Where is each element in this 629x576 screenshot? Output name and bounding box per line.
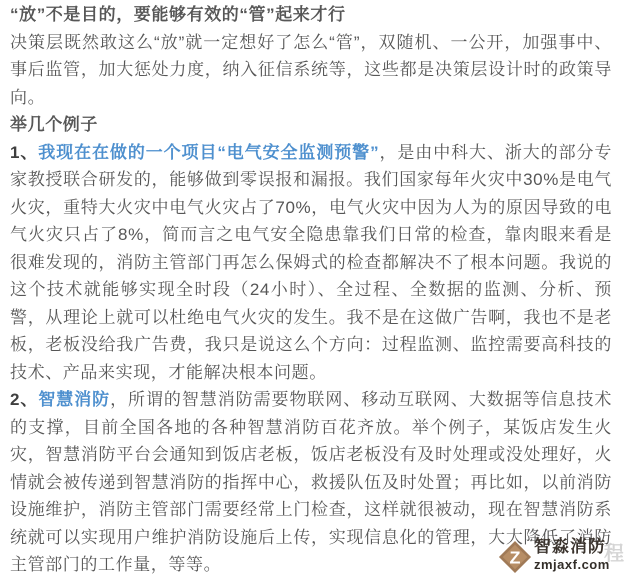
- example-item-1: 1、我现在在做的一个项目“电气安全监测预警”，是由中科大、浙大的部分专家教授联合…: [10, 139, 612, 387]
- item-1-text: ，是由中科大、浙大的部分专家教授联合研发的，能够做到零误报和漏报。我们国家每年火…: [10, 143, 612, 382]
- article-page: “放”不是目的，要能够有效的“管”起来才行 决策层既然敢这么“放”就一定想好了怎…: [0, 0, 629, 576]
- svg-text:Z: Z: [510, 548, 521, 568]
- item-2-marker: 2、: [10, 390, 38, 409]
- watermark-brand: 智淼消防: [534, 537, 610, 557]
- item-1-marker: 1、: [10, 143, 38, 162]
- zhimiao-logo-icon: Z: [498, 540, 532, 574]
- intro-paragraph: 决策层既然敢这么“放”就一定想好了怎么“管”，双随机、一公开，加强事中、事后监管…: [10, 29, 612, 112]
- examples-subheading: 举几个例子: [10, 111, 612, 139]
- watermark-domain: zmjaxf.com: [534, 557, 610, 572]
- item-2-link[interactable]: 智慧消防: [38, 390, 110, 409]
- article-title: “放”不是目的，要能够有效的“管”起来才行: [10, 1, 612, 29]
- site-watermark: 程 Z 智淼消防 zmjaxf.com: [494, 536, 629, 576]
- watermark-text-block: 智淼消防 zmjaxf.com: [534, 537, 610, 572]
- item-1-link[interactable]: 我现在在做的一个项目“电气安全监测预警”: [38, 143, 379, 162]
